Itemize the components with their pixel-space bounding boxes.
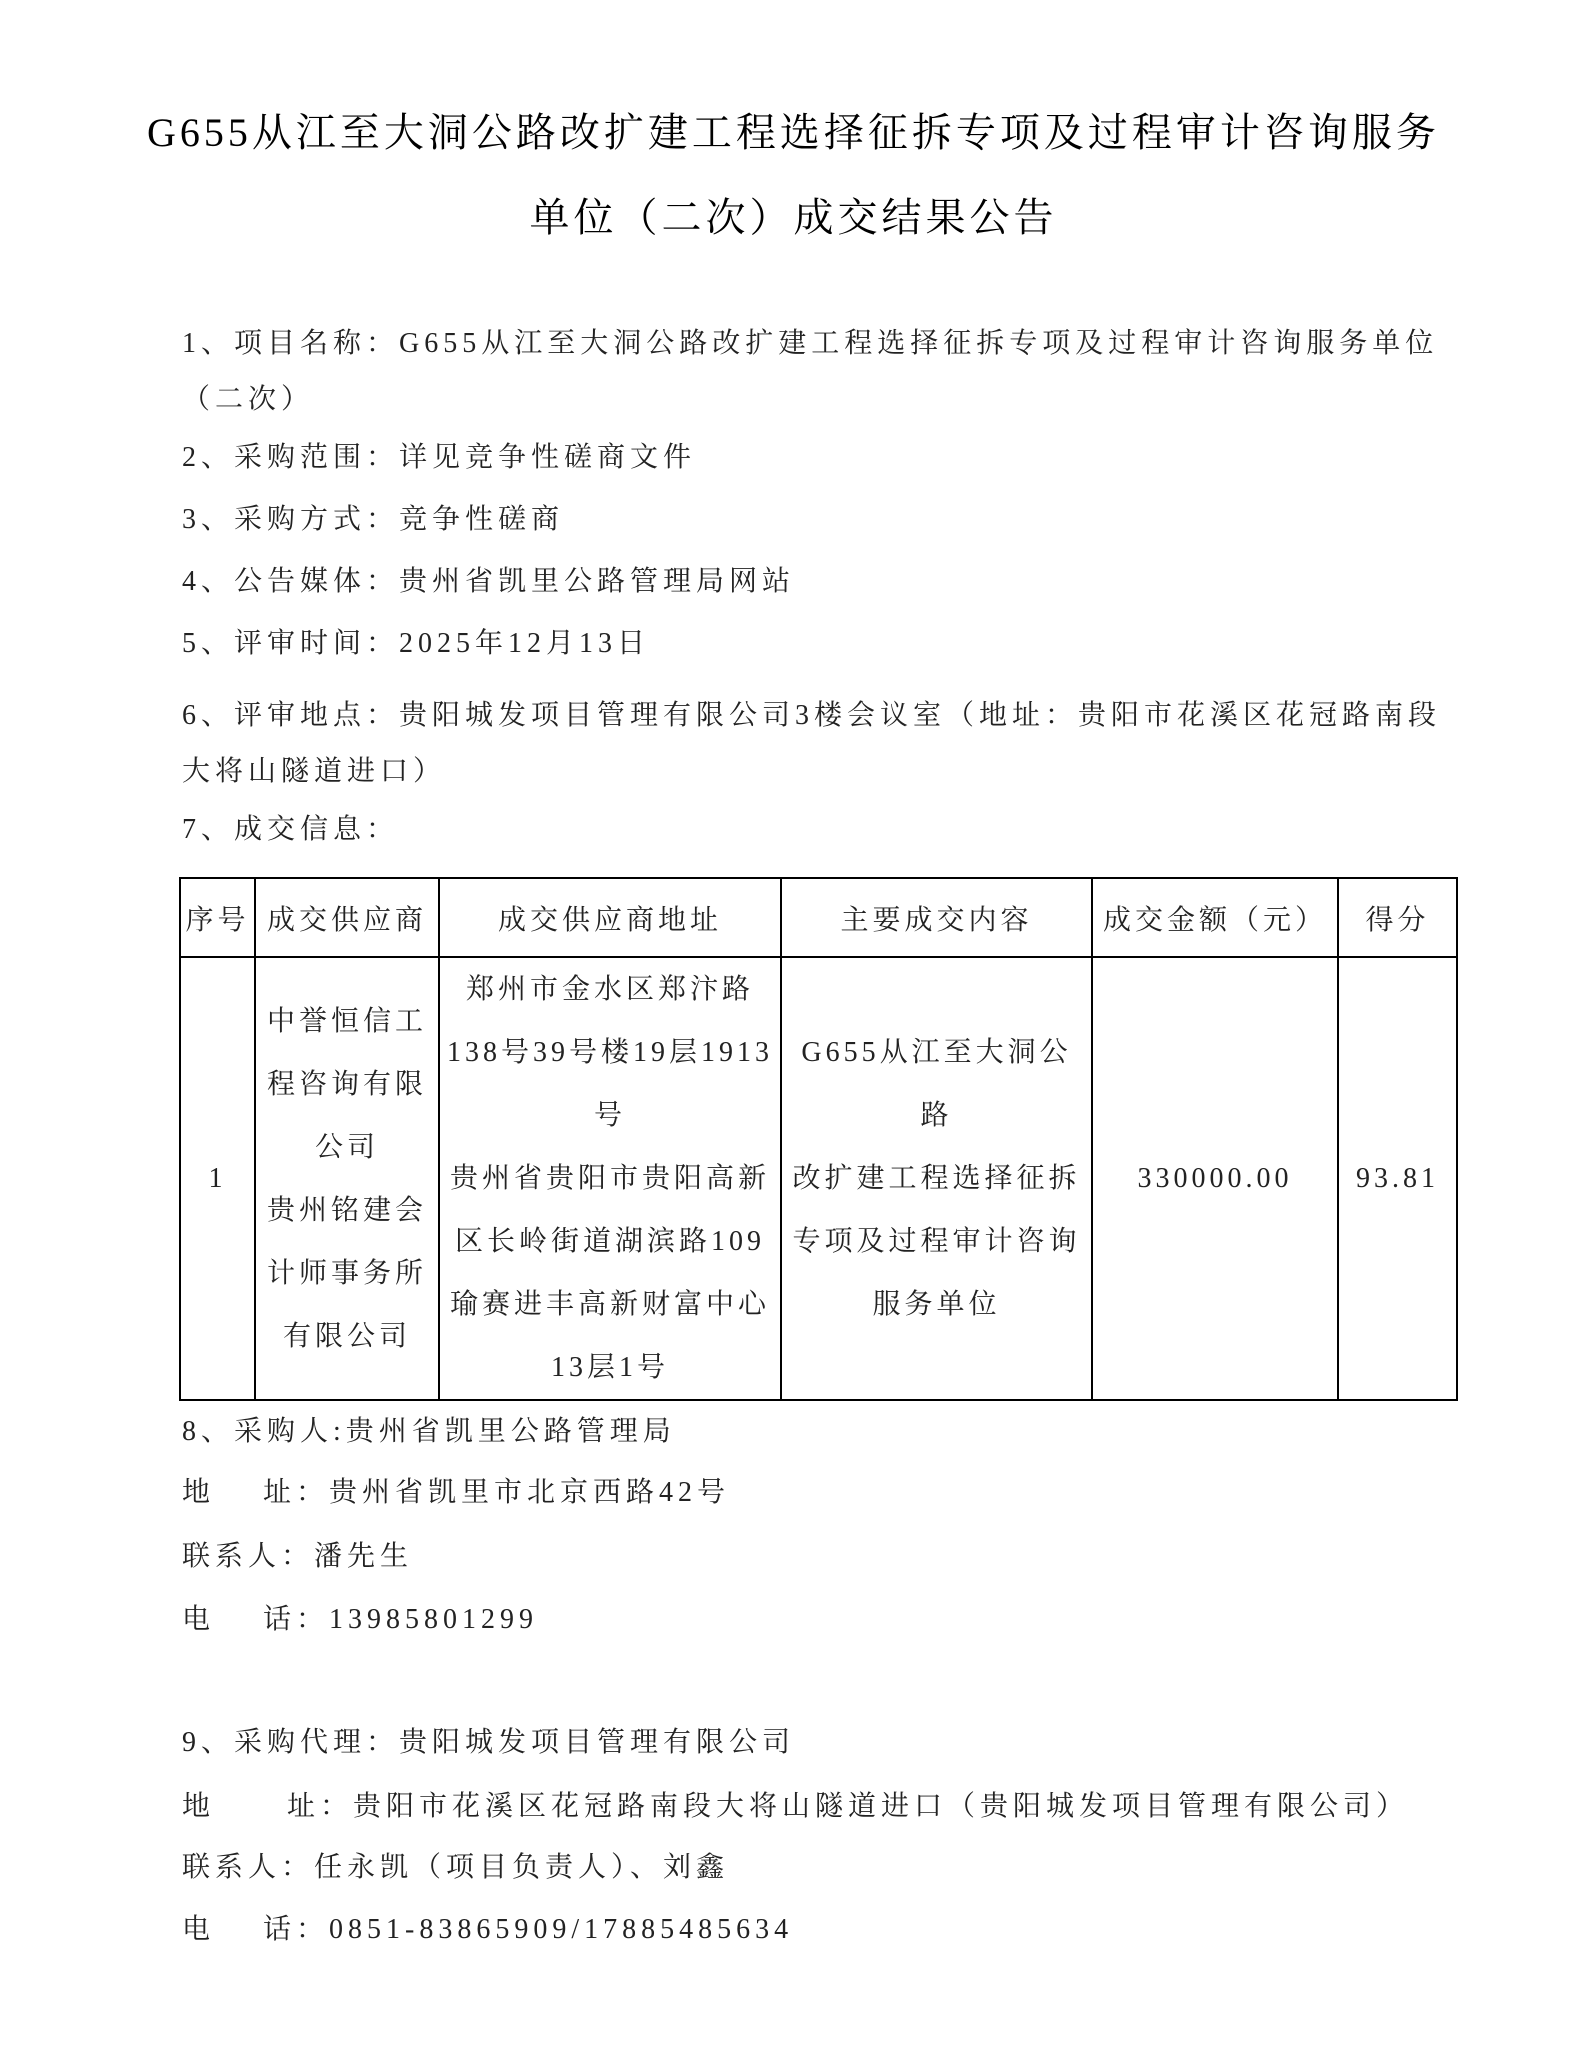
field-value: 贵阳城发项目管理有限公司 xyxy=(399,1727,795,1758)
table-row: 1 中誉恒信工 程咨询有限 公司 贵州铭建会 计师事务所 有限公司 郑州市金水区… xyxy=(180,957,1457,1400)
cell-supplier: 中誉恒信工 程咨询有限 公司 贵州铭建会 计师事务所 有限公司 xyxy=(255,957,439,1400)
item-label: 1、项目名称： xyxy=(182,328,399,359)
cell-score: 93.81 xyxy=(1338,957,1457,1400)
item-value: 竞争性磋商 xyxy=(399,504,564,535)
supplier-line: 计师事务所 xyxy=(260,1242,434,1305)
item-review-time: 5、评审时间：2025年12月13日 xyxy=(182,624,650,664)
purchaser-contact: 联系人：潘先生 xyxy=(182,1537,413,1577)
cell-index: 1 xyxy=(180,957,255,1400)
field-value: 13985801299 xyxy=(329,1604,538,1635)
item-scope: 2、采购范围：详见竞争性磋商文件 xyxy=(182,438,696,478)
field-label: 9、采购代理： xyxy=(182,1727,399,1758)
page-title-line-1: G655从江至大洞公路改扩建工程选择征拆专项及过程审计咨询服务 xyxy=(0,108,1587,158)
address-line: 区长岭街道湖滨路109 xyxy=(444,1210,776,1273)
item-method: 3、采购方式：竞争性磋商 xyxy=(182,500,564,540)
address-line: 瑜赛进丰高新财富中心 xyxy=(444,1273,776,1336)
supplier-line: 有限公司 xyxy=(260,1305,434,1368)
agent-phone: 电 话：0851-83865909/17885485634 xyxy=(182,1910,793,1950)
content-line: 服务单位 xyxy=(786,1273,1087,1336)
page-title-line-2: 单位（二次）成交结果公告 xyxy=(0,193,1587,243)
item-project-name: 1、项目名称：G655从江至大洞公路改扩建工程选择征拆专项及过程审计咨询服务单位… xyxy=(182,316,1452,428)
cell-amount: 330000.00 xyxy=(1092,957,1338,1400)
purchaser-heading: 8、采购人:贵州省凯里公路管理局 xyxy=(182,1412,676,1452)
item-deal-info: 7、成交信息： xyxy=(182,810,399,850)
item-value: 贵州省凯里公路管理局网站 xyxy=(399,566,795,597)
item-value: 详见竞争性磋商文件 xyxy=(399,442,696,473)
purchaser-phone: 电 话：13985801299 xyxy=(182,1600,538,1640)
deal-table: 序号 成交供应商 成交供应商地址 主要成交内容 成交金额（元） 得分 1 中誉恒… xyxy=(179,877,1458,1401)
item-label: 6、评审地点： xyxy=(182,700,399,731)
agent-heading: 9、采购代理：贵阳城发项目管理有限公司 xyxy=(182,1723,795,1763)
column-header-content: 主要成交内容 xyxy=(781,878,1092,957)
agent-contact: 联系人：任永凯（项目负责人）、刘鑫 xyxy=(182,1848,729,1888)
cell-content: G655从江至大洞公路 改扩建工程选择征拆 专项及过程审计咨询 服务单位 xyxy=(781,957,1092,1400)
address-line: 138号39号楼19层1913 xyxy=(444,1021,776,1084)
field-label: 联系人： xyxy=(182,1852,314,1883)
item-label: 5、评审时间： xyxy=(182,628,399,659)
supplier-line: 中誉恒信工 xyxy=(260,990,434,1053)
field-label: 电 话： xyxy=(182,1604,329,1635)
item-label: 7、成交信息： xyxy=(182,814,399,845)
purchaser-address: 地 址：贵州省凯里市北京西路42号 xyxy=(182,1473,730,1513)
address-line: 贵州省贵阳市贵阳高新 xyxy=(444,1147,776,1210)
supplier-line: 公司 xyxy=(260,1116,434,1179)
field-value: 0851-83865909/17885485634 xyxy=(329,1914,793,1945)
address-line: 号 xyxy=(444,1084,776,1147)
item-media: 4、公告媒体：贵州省凯里公路管理局网站 xyxy=(182,562,795,602)
content-line: 专项及过程审计咨询 xyxy=(786,1210,1087,1273)
item-review-place: 6、评审地点：贵阳城发项目管理有限公司3楼会议室（地址：贵阳市花溪区花冠路南段大… xyxy=(182,688,1452,800)
item-label: 2、采购范围： xyxy=(182,442,399,473)
supplier-line: 贵州铭建会 xyxy=(260,1179,434,1242)
field-label: 地 址： xyxy=(182,1477,329,1508)
item-value: 2025年12月13日 xyxy=(399,628,650,659)
item-label: 3、采购方式： xyxy=(182,504,399,535)
column-header-amount: 成交金额（元） xyxy=(1092,878,1338,957)
field-value: 贵阳市花溪区花冠路南段大将山隧道进口（贵阳城发项目管理有限公司） xyxy=(353,1791,1409,1822)
agent-address: 地 址：贵阳市花溪区花冠路南段大将山隧道进口（贵阳城发项目管理有限公司） xyxy=(182,1787,1409,1827)
content-line: G655从江至大洞公路 xyxy=(786,1021,1087,1147)
column-header-index: 序号 xyxy=(180,878,255,957)
item-label: 4、公告媒体： xyxy=(182,566,399,597)
field-value: 任永凯（项目负责人）、刘鑫 xyxy=(314,1852,729,1883)
table-header-row: 序号 成交供应商 成交供应商地址 主要成交内容 成交金额（元） 得分 xyxy=(180,878,1457,957)
field-label: 地 址： xyxy=(182,1791,353,1822)
field-value: 贵州省凯里市北京西路42号 xyxy=(329,1477,730,1508)
supplier-line: 程咨询有限 xyxy=(260,1053,434,1116)
field-label: 联系人： xyxy=(182,1541,314,1572)
column-header-supplier-address: 成交供应商地址 xyxy=(439,878,781,957)
column-header-supplier: 成交供应商 xyxy=(255,878,439,957)
field-label: 电 话： xyxy=(182,1914,329,1945)
column-header-score: 得分 xyxy=(1338,878,1457,957)
field-value: 潘先生 xyxy=(314,1541,413,1572)
address-line: 郑州市金水区郑汴路 xyxy=(444,958,776,1021)
cell-supplier-address: 郑州市金水区郑汴路 138号39号楼19层1913 号 贵州省贵阳市贵阳高新 区… xyxy=(439,957,781,1400)
content-line: 改扩建工程选择征拆 xyxy=(786,1147,1087,1210)
address-line: 13层1号 xyxy=(444,1336,776,1399)
